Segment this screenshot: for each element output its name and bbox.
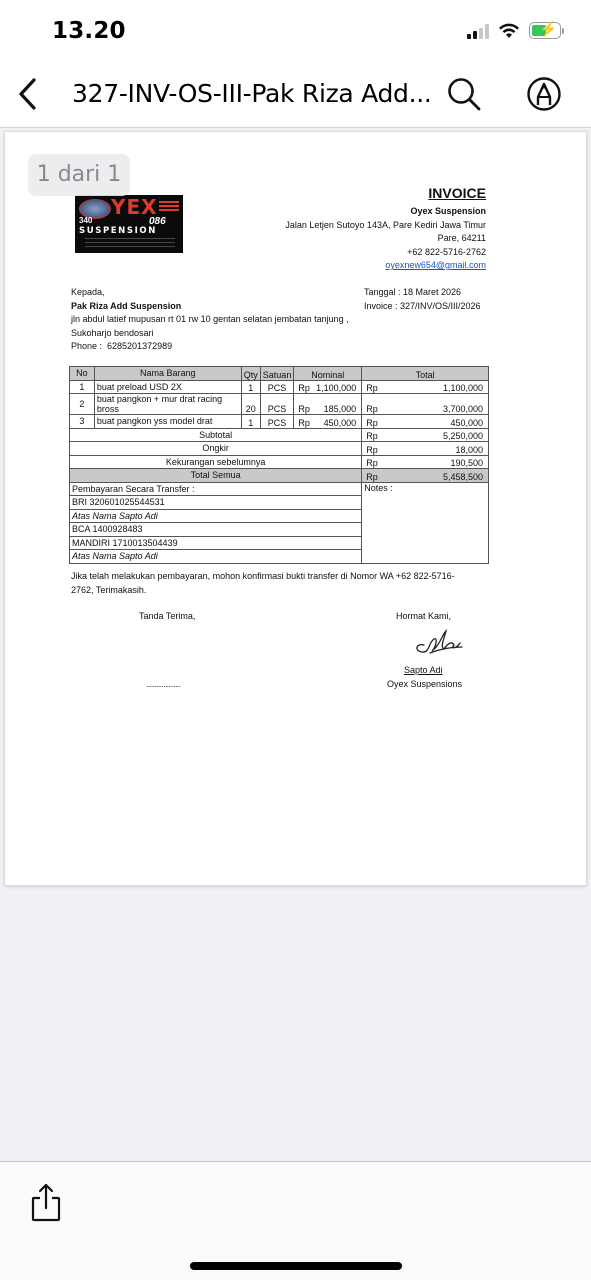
invoice-number: Invoice : 327/INV/OS/III/2026 bbox=[364, 300, 504, 314]
invoice-meta: Tanggal : 18 Maret 2026 Invoice : 327/IN… bbox=[364, 286, 504, 313]
navigation-bar: 327-INV-OS-III-Pak Riza Add... bbox=[0, 60, 591, 128]
row-no: 2 bbox=[70, 394, 95, 415]
bill-to: Kepada, Pak Riza Add Suspension jln abdu… bbox=[71, 286, 391, 354]
summary-label: Kekurangan sebelumnya bbox=[70, 455, 362, 469]
row-nominal: Rp450,000 bbox=[294, 415, 362, 429]
header-unit: Satuan bbox=[260, 367, 294, 381]
sender-name: Sapto Adi bbox=[404, 665, 443, 675]
chevron-left-icon bbox=[14, 76, 44, 112]
grand-total-label: Total Semua bbox=[70, 469, 362, 483]
row-total: Rp3,700,000 bbox=[362, 394, 489, 415]
receiver-label: Tanda Terima, bbox=[139, 611, 195, 621]
invoice-date: Tanggal : 18 Maret 2026 bbox=[364, 286, 504, 300]
company-logo: YEX 340 086 SUSPENSION bbox=[75, 195, 183, 253]
row-item-name: buat pangkon + mur drat racing bross bbox=[94, 394, 241, 415]
page-counter: 1 dari 1 bbox=[28, 154, 130, 196]
row-unit: PCS bbox=[260, 394, 294, 415]
document-title: 327-INV-OS-III-Pak Riza Add... bbox=[72, 79, 432, 108]
row-qty: 20 bbox=[241, 394, 260, 415]
battery-charging-icon: ⚡ bbox=[529, 22, 561, 39]
header-qty: Qty bbox=[241, 367, 260, 381]
summary-row: OngkirRp18,000 bbox=[70, 442, 489, 456]
search-button[interactable] bbox=[446, 76, 484, 114]
customer-address-1: jln abdul latief mupusan rt 01 rw 10 gen… bbox=[71, 313, 391, 327]
payment-line-text: MANDIRI 1710013504439 bbox=[70, 536, 362, 550]
row-total: Rp450,000 bbox=[362, 415, 489, 429]
row-item-name: buat preload USD 2X bbox=[94, 380, 241, 394]
table-row: 1buat preload USD 2X1PCSRp1,100,000Rp1,1… bbox=[70, 380, 489, 394]
summary-label: Ongkir bbox=[70, 442, 362, 456]
payment-line-text: Atas Nama Sapto Adi bbox=[70, 550, 362, 564]
summary-value: Rp18,000 bbox=[362, 442, 489, 456]
back-button[interactable] bbox=[14, 76, 44, 112]
payment-line-text: BRI 320601025544531 bbox=[70, 496, 362, 510]
header-nominal: Nominal bbox=[294, 367, 362, 381]
row-no: 3 bbox=[70, 415, 95, 429]
summary-row: SubtotalRp5,250,000 bbox=[70, 428, 489, 442]
share-button[interactable] bbox=[30, 1182, 62, 1222]
markup-button[interactable] bbox=[526, 76, 562, 112]
company-city: Pare, 64211 bbox=[250, 232, 486, 246]
payment-line-text: BCA 1400928483 bbox=[70, 523, 362, 537]
company-phone: +62 822-5716-2762 bbox=[250, 246, 486, 260]
invoice-table: No Nama Barang Qty Satuan Nominal Total … bbox=[69, 366, 489, 564]
share-icon bbox=[30, 1182, 62, 1222]
company-info: Oyex Suspension Jalan Letjen Sutoyo 143A… bbox=[250, 205, 486, 273]
bottom-toolbar bbox=[0, 1161, 591, 1280]
customer-address-2: Sukoharjo bendosari bbox=[71, 327, 391, 341]
table-header: No Nama Barang Qty Satuan Nominal Total bbox=[70, 367, 489, 381]
grand-total-value: Rp5,458,500 bbox=[362, 469, 489, 483]
row-qty: 1 bbox=[241, 380, 260, 394]
status-icons: ⚡ bbox=[467, 22, 561, 39]
row-qty: 1 bbox=[241, 415, 260, 429]
wifi-icon bbox=[498, 22, 520, 39]
row-total: Rp1,100,000 bbox=[362, 380, 489, 394]
company-address: Jalan Letjen Sutoyo 143A, Pare Kediri Ja… bbox=[250, 219, 486, 233]
signal-icon bbox=[467, 23, 489, 39]
sender-label: Hormat Kami, bbox=[396, 611, 451, 621]
company-email-link[interactable]: oyexnew654@gmail.com bbox=[250, 259, 486, 273]
markup-pen-icon bbox=[526, 76, 562, 112]
summary-row: Kekurangan sebelumnyaRp190,500 bbox=[70, 455, 489, 469]
header-total: Total bbox=[362, 367, 489, 381]
status-bar: 13.20 ⚡ bbox=[0, 0, 591, 60]
row-nominal: Rp185,000 bbox=[294, 394, 362, 415]
customer-phone: Phone : 6285201372989 bbox=[71, 340, 391, 354]
summary-value: Rp190,500 bbox=[362, 455, 489, 469]
invoice-title: INVOICE bbox=[380, 185, 486, 201]
bill-to-label: Kepada, bbox=[71, 286, 391, 300]
payment-line-text: Atas Nama Sapto Adi bbox=[70, 509, 362, 523]
header-no: No bbox=[70, 367, 95, 381]
row-item-name: buat pangkon yss model drat bbox=[94, 415, 241, 429]
summary-label: Subtotal bbox=[70, 428, 362, 442]
sender-company: Oyex Suspensions bbox=[387, 679, 462, 689]
confirmation-note: Jika telah melakukan pembayaran, mohon k… bbox=[71, 570, 471, 597]
row-unit: PCS bbox=[260, 380, 294, 394]
status-time: 13.20 bbox=[52, 18, 126, 44]
payment-heading-row: Pembayaran Secara Transfer :Notes : bbox=[70, 482, 489, 496]
company-name: Oyex Suspension bbox=[250, 205, 486, 219]
notes-box: Notes : bbox=[362, 482, 489, 563]
table-row: 2buat pangkon + mur drat racing bross20P… bbox=[70, 394, 489, 415]
receiver-signature-line: .................... bbox=[146, 680, 180, 689]
summary-value: Rp5,250,000 bbox=[362, 428, 489, 442]
header-name: Nama Barang bbox=[94, 367, 241, 381]
row-nominal: Rp1,100,000 bbox=[294, 380, 362, 394]
row-no: 1 bbox=[70, 380, 95, 394]
home-indicator[interactable] bbox=[190, 1262, 402, 1270]
table-row: 3buat pangkon yss model drat1PCSRp450,00… bbox=[70, 415, 489, 429]
search-icon bbox=[446, 76, 484, 114]
customer-name: Pak Riza Add Suspension bbox=[71, 300, 391, 314]
payment-heading: Pembayaran Secara Transfer : bbox=[70, 482, 362, 496]
signature-image bbox=[410, 625, 466, 661]
grand-total-row: Total SemuaRp5,458,500 bbox=[70, 469, 489, 483]
row-unit: PCS bbox=[260, 415, 294, 429]
